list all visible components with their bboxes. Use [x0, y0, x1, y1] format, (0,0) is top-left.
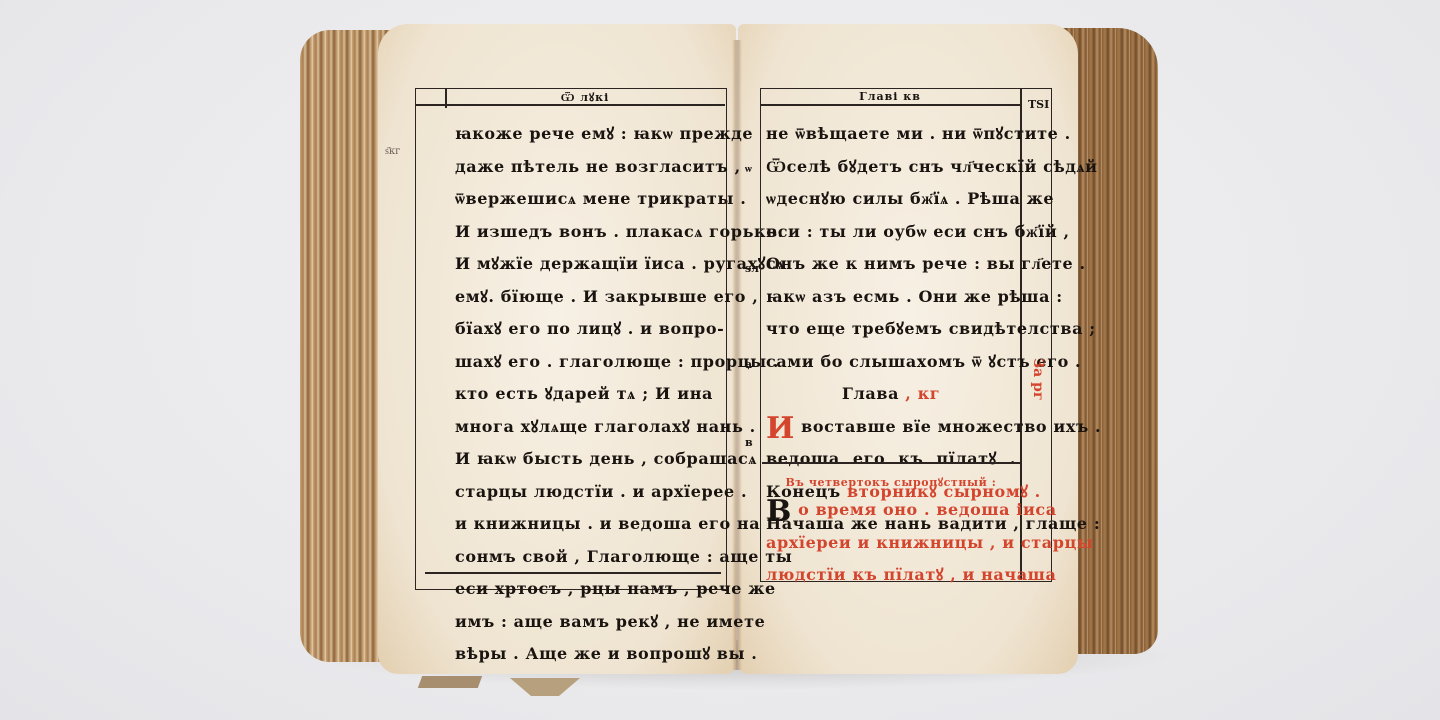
margin-note: в: [745, 436, 753, 449]
text-line: многа хꙋлѧще глаголахꙋ нань .: [455, 411, 713, 444]
binding-tab: [510, 678, 580, 696]
text-line: ѿвержешисѧ мене трикраты .: [455, 183, 713, 216]
text-line: сами бо слышахомъ ѿ ꙋстъ его .: [766, 346, 1016, 379]
text-line: ведоша его къ пїлатꙋ .: [766, 443, 1016, 476]
text-line: И воставше вїе множество ихъ .: [766, 411, 1016, 444]
red-initial: И: [766, 415, 795, 443]
folio-number: ТЅІ: [1028, 98, 1049, 111]
chapter-heading: Глава , кг: [766, 378, 1016, 411]
margin-note: ѕл: [745, 262, 759, 275]
left-text-block: ꙗкоже рече емꙋ : ꙗкѡ прежде даже пѣтель …: [455, 118, 713, 671]
text-line: что еще требꙋемъ свидѣтелства ;: [766, 313, 1016, 346]
text-line: И изшедъ вонъ . плакасѧ горько.: [455, 216, 713, 249]
text-line: Ѿселѣ бꙋдетъ снъ чл҃ческїй сѣдѧй: [766, 151, 1016, 184]
binding-tab: [418, 676, 482, 688]
header-rule: [760, 104, 1020, 106]
left-running-head: Ѿ лꙋкі: [445, 90, 725, 105]
margin-note: ѡ: [745, 162, 752, 175]
margin-stamp: ѕ҃кг: [385, 146, 400, 157]
text-line: еси хртосъ , рцы намъ , рече же: [455, 573, 713, 606]
reading-block: Въ четвертокъ сыропꙋстный : В о время он…: [766, 472, 1016, 592]
text-line: шахꙋ его . глаголюще : прорцы .: [455, 346, 713, 379]
text-line: В о время оно . ведоша іиса: [766, 494, 1016, 527]
text-line: вси : ты ли оубѡ еси снъ бж҃їй ,: [766, 216, 1016, 249]
text-line: ꙗкоже рече емꙋ : ꙗкѡ прежде: [455, 118, 713, 151]
text-line: ѡдеснꙋю силы бж҃їѧ . Рѣша же: [766, 183, 1016, 216]
bottom-rule: [425, 572, 721, 574]
text-line: имъ : аще вамъ рекꙋ , не имете: [455, 606, 713, 639]
right-running-head: Главі кв: [760, 90, 1020, 103]
text-line: бїахꙋ его по лицꙋ . и вопро-: [455, 313, 713, 346]
text-line: старцы людстїи . и архїерее .: [455, 476, 713, 509]
text-line: вѣры . Аще же и вопрошꙋ вы .: [455, 638, 713, 671]
chapter-word: Глава: [842, 384, 899, 403]
text-line: не ѿвѣщаете ми . ни ѿпꙋстите .: [766, 118, 1016, 151]
text-line: Онъ же к нимъ рече : вы гл҃ете .: [766, 248, 1016, 281]
chapter-number: кг: [918, 384, 941, 403]
text-line: И мꙋжїе держащїи їиса . ругахꙋсѧ: [455, 248, 713, 281]
section-rule: [762, 462, 1020, 464]
text-line: людстїи къ пїлатꙋ , и начаша: [766, 559, 1016, 592]
text-line: кто есть ꙋдарей тѧ ; И ина: [455, 378, 713, 411]
text-line: даже пѣтель не возгласитъ ,: [455, 151, 713, 184]
text-line: сонмъ свой , Глаголюще : аще ты: [455, 541, 713, 574]
text-line: архїереи и книжницы , и старцы: [766, 527, 1016, 560]
text-line: емꙋ. бїюще . И закрывше его ,: [455, 281, 713, 314]
text-line: ꙗкѡ азъ есмь . Они же рѣша :: [766, 281, 1016, 314]
red-margin-note: За рг: [1030, 358, 1046, 400]
black-initial: В: [766, 498, 792, 526]
header-rule: [415, 104, 445, 106]
text-line: И ꙗкѡ бысть день , собрашасѧ: [455, 443, 713, 476]
section-heading: Въ четвертокъ сыропꙋстный :: [766, 472, 1016, 494]
text-line: и книжницы . и ведоша его на: [455, 508, 713, 541]
margin-note: а: [745, 358, 752, 371]
